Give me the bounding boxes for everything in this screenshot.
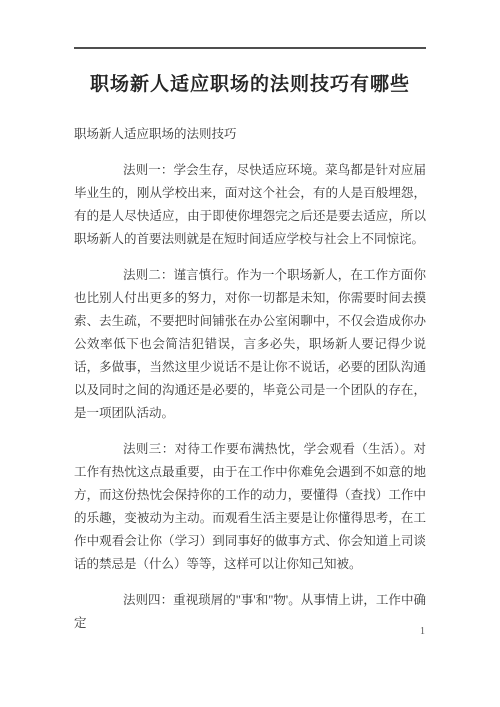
paragraph-rule-4: 法则四：重视琐屑的"事'和"物'。从事情上讲，工作中确定: [74, 589, 426, 635]
document-subtitle: 职场新人适应职场的法则技巧: [74, 123, 426, 146]
paragraph-rule-3: 法则三：对待工作要布满热忱，学会观看（生活）。对工作有热忱这点最重要，由于在工作…: [74, 438, 426, 576]
page-number: 1: [420, 626, 425, 637]
paragraph-rule-2: 法则二：谨言慎行。作为一个职场新人，在工作方面你也比别人付出更多的努力，对你一切…: [74, 264, 426, 425]
header-rule: [74, 47, 426, 49]
document-page: 职场新人适应职场的法则技巧有哪些 职场新人适应职场的法则技巧 法则一：学会生存，…: [0, 0, 500, 707]
paragraph-rule-1: 法则一：学会生存，尽快适应环境。菜鸟都是针对应届毕业生的，刚从学校出来，面对这个…: [74, 159, 426, 251]
